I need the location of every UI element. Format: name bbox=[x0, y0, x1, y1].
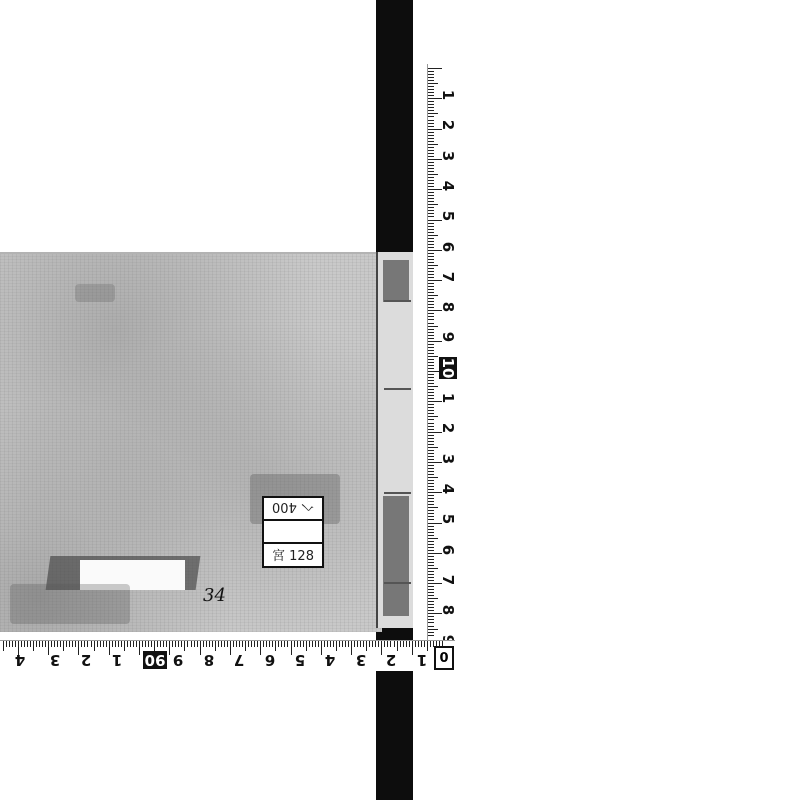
ruler-tick bbox=[428, 438, 434, 439]
ruler-number: 2 bbox=[384, 651, 398, 669]
ruler-tick bbox=[428, 207, 434, 208]
ruler-tick bbox=[260, 641, 261, 655]
ruler-tick bbox=[378, 641, 379, 647]
ruler-tick bbox=[428, 256, 434, 257]
ruler-tick bbox=[291, 641, 292, 655]
ruler-tick bbox=[428, 226, 434, 227]
ruler-tick bbox=[281, 641, 282, 647]
ruler-tick bbox=[381, 641, 382, 655]
ruler-tick bbox=[428, 501, 434, 502]
ruler-tick bbox=[428, 198, 434, 199]
ruler-tick bbox=[428, 465, 434, 466]
ruler-tick bbox=[428, 459, 434, 460]
ruler-tick bbox=[315, 641, 316, 647]
ruler-number: 6 bbox=[263, 651, 277, 669]
ruler-tick bbox=[428, 347, 434, 348]
ruler-tick bbox=[428, 168, 434, 169]
ruler-tick bbox=[24, 641, 25, 647]
vertical-ruler: 12345678910123456789 bbox=[427, 64, 458, 640]
ruler-tick bbox=[428, 474, 434, 475]
ruler-tick bbox=[428, 622, 434, 623]
ruler-tick bbox=[428, 532, 434, 533]
ruler-tick bbox=[66, 641, 67, 647]
ruler-tick bbox=[428, 632, 434, 633]
ruler-tick bbox=[428, 192, 434, 193]
ruler-tick bbox=[375, 641, 376, 647]
ruler-tick bbox=[57, 641, 58, 647]
ruler-tick bbox=[428, 329, 434, 330]
ruler-tick bbox=[348, 641, 349, 647]
ruler-tick bbox=[428, 195, 434, 196]
ruler-tick bbox=[428, 480, 434, 481]
ruler-tick bbox=[428, 629, 438, 630]
ruler-tick bbox=[272, 641, 273, 647]
ruler-tick bbox=[224, 641, 225, 647]
ruler-tick bbox=[428, 468, 434, 469]
ruler-tick bbox=[428, 477, 438, 478]
ruler-tick bbox=[330, 641, 331, 647]
ruler-tick bbox=[428, 350, 434, 351]
ruler-tick bbox=[428, 359, 434, 360]
ruler-tick bbox=[428, 344, 434, 345]
ruler-number: 9 bbox=[439, 329, 457, 345]
ruler-tick bbox=[428, 162, 434, 163]
ruler-tick bbox=[409, 641, 410, 647]
ruler-tick bbox=[428, 307, 434, 308]
ruler-tick bbox=[139, 641, 140, 655]
ruler-tick bbox=[428, 323, 434, 324]
ruler-number: 3 bbox=[439, 148, 457, 164]
ruler-tick bbox=[191, 641, 192, 647]
ruler-tick bbox=[428, 171, 434, 172]
ruler-tick bbox=[428, 253, 434, 254]
ruler-tick bbox=[106, 641, 107, 647]
ruler-tick bbox=[184, 641, 185, 651]
ruler-number: 4 bbox=[13, 651, 27, 669]
ruler-tick bbox=[428, 304, 434, 305]
ruler-tick bbox=[428, 316, 434, 317]
ruler-tick bbox=[275, 641, 276, 651]
ruler-tick bbox=[428, 571, 434, 572]
ruler-tick bbox=[428, 116, 434, 117]
ruler-tick bbox=[428, 495, 434, 496]
ruler-tick bbox=[212, 641, 213, 647]
ruler-tick bbox=[345, 641, 346, 647]
ruler-tick bbox=[94, 641, 95, 651]
ruler-tick bbox=[428, 589, 434, 590]
ruler-tick bbox=[300, 641, 301, 647]
ruler-tick bbox=[428, 153, 434, 154]
ruler-tick bbox=[309, 641, 310, 647]
ruler-tick bbox=[81, 641, 82, 647]
ruler-tick bbox=[136, 641, 137, 647]
ruler-tick bbox=[428, 574, 434, 575]
ruler-tick bbox=[15, 641, 16, 647]
ruler-number: 1 bbox=[439, 87, 457, 103]
ruler-tick bbox=[428, 238, 434, 239]
ruler-tick bbox=[91, 641, 92, 647]
ruler-tick bbox=[428, 123, 434, 124]
ruler-tick bbox=[287, 641, 288, 647]
ruler-tick bbox=[428, 577, 434, 578]
ruler-number: 1 bbox=[110, 651, 124, 669]
ruler-tick bbox=[428, 598, 438, 599]
ruler-number: 3 bbox=[439, 451, 457, 467]
ruler-tick bbox=[154, 641, 155, 651]
label-row-middle bbox=[264, 521, 322, 544]
ruler-tick bbox=[428, 489, 434, 490]
ruler-tick bbox=[428, 232, 434, 233]
book-cover bbox=[0, 252, 382, 632]
ruler-number: 8 bbox=[439, 299, 457, 315]
ruler-tick bbox=[428, 410, 434, 411]
ruler-tick bbox=[428, 186, 434, 187]
ruler-tick bbox=[428, 556, 434, 557]
ruler-tick bbox=[428, 604, 434, 605]
ruler-tick bbox=[428, 510, 434, 511]
ruler-tick bbox=[428, 626, 434, 627]
ruler-tick bbox=[428, 550, 434, 551]
ruler-tick bbox=[428, 547, 434, 548]
ruler-tick bbox=[428, 313, 434, 314]
ruler-number: 7 bbox=[232, 651, 246, 669]
ruler-tick bbox=[428, 392, 434, 393]
ruler-tick bbox=[42, 641, 43, 647]
ruler-tick bbox=[97, 641, 98, 647]
ruler-tick bbox=[428, 110, 434, 111]
ruler-tick bbox=[428, 141, 434, 142]
ruler-tick bbox=[324, 641, 325, 647]
ruler-tick bbox=[428, 244, 434, 245]
ruler-number: 4 bbox=[439, 481, 457, 497]
ruler-tick bbox=[181, 641, 182, 647]
ruler-tick bbox=[269, 641, 270, 647]
ruler-number: 4 bbox=[439, 178, 457, 194]
ruler-tick bbox=[321, 641, 322, 655]
ruler-number: 4 bbox=[323, 651, 337, 669]
ruler-tick bbox=[428, 241, 434, 242]
ruler-tick bbox=[428, 332, 434, 333]
ruler-tick bbox=[121, 641, 122, 647]
ruler-tick bbox=[115, 641, 116, 647]
ruler-tick bbox=[390, 641, 391, 647]
ruler-tick bbox=[415, 641, 416, 647]
ruler-tick bbox=[6, 641, 7, 647]
ruler-tick bbox=[428, 362, 434, 363]
ruler-tick bbox=[428, 277, 434, 278]
ruler-tick bbox=[428, 247, 434, 248]
ruler-tick bbox=[372, 641, 373, 647]
ruler-tick bbox=[428, 368, 434, 369]
ruler-tick bbox=[148, 641, 149, 647]
ruler-tick bbox=[428, 292, 434, 293]
ruler-tick bbox=[60, 641, 61, 647]
ruler-tick bbox=[428, 619, 434, 620]
ruler-tick bbox=[312, 641, 313, 647]
ruler-tick bbox=[133, 641, 134, 647]
ruler-tick bbox=[172, 641, 173, 647]
ruler-tick bbox=[428, 210, 434, 211]
ruler-tick bbox=[69, 641, 70, 647]
ruler-tick bbox=[428, 610, 434, 611]
ruler-tick bbox=[428, 268, 434, 269]
ruler-tick bbox=[428, 183, 434, 184]
label-row-top: ヘ 400 bbox=[264, 498, 322, 521]
ruler-tick bbox=[428, 413, 434, 414]
ruler-tick bbox=[428, 213, 434, 214]
ruler-tick bbox=[51, 641, 52, 647]
ruler-tick bbox=[428, 126, 434, 127]
ruler-tick bbox=[118, 641, 119, 647]
ruler-tick bbox=[406, 641, 407, 647]
ruler-zero-mark: 0 bbox=[434, 646, 454, 670]
ruler-tick bbox=[428, 365, 434, 366]
ruler-tick bbox=[21, 641, 22, 647]
ruler-tick bbox=[428, 519, 434, 520]
ruler-tick bbox=[3, 641, 4, 651]
ruler-tick bbox=[428, 441, 434, 442]
ruler-tick bbox=[428, 483, 434, 484]
ruler-tick bbox=[54, 641, 55, 647]
ruler-tick bbox=[87, 641, 88, 647]
ruler-tick bbox=[403, 641, 404, 647]
ruler-tick bbox=[427, 641, 428, 651]
ruler-tick bbox=[221, 641, 222, 647]
ruler-tick bbox=[428, 104, 434, 105]
ruler-tick bbox=[428, 529, 434, 530]
ruler-tick bbox=[227, 641, 228, 647]
ruler-tick bbox=[428, 447, 438, 448]
ruler-tick bbox=[397, 641, 398, 651]
ruler-tick bbox=[428, 132, 434, 133]
ruler-tick bbox=[428, 504, 434, 505]
ruler-tick bbox=[428, 407, 434, 408]
ruler-tick bbox=[428, 144, 438, 145]
ruler-tick bbox=[339, 641, 340, 647]
ruler-tick bbox=[178, 641, 179, 647]
ruler-tick bbox=[39, 641, 40, 647]
ruler-tick bbox=[384, 641, 385, 647]
ruler-tick bbox=[124, 641, 125, 651]
ruler-number: 5 bbox=[439, 208, 457, 224]
ruler-tick bbox=[63, 641, 64, 651]
ruler-number: 8 bbox=[202, 651, 216, 669]
ruler-tick bbox=[428, 516, 434, 517]
ruler-tick bbox=[428, 389, 434, 390]
ruler-tick bbox=[428, 426, 434, 427]
ruler-tick bbox=[72, 641, 73, 647]
ruler-tick bbox=[428, 95, 434, 96]
ruler-tick bbox=[428, 386, 438, 387]
ruler-tick bbox=[428, 586, 434, 587]
book-spine bbox=[376, 252, 413, 628]
ruler-tick bbox=[278, 641, 279, 647]
ruler-tick bbox=[428, 92, 434, 93]
ruler-tick bbox=[327, 641, 328, 647]
ruler-tick bbox=[428, 562, 434, 563]
ruler-tick bbox=[428, 380, 434, 381]
ruler-tick bbox=[428, 592, 434, 593]
ruler-tick bbox=[400, 641, 401, 647]
ruler-tick bbox=[428, 568, 438, 569]
ruler-tick bbox=[394, 641, 395, 647]
ruler-tick bbox=[428, 229, 434, 230]
ruler-tick bbox=[428, 383, 434, 384]
ruler-tick bbox=[428, 526, 434, 527]
ruler-tick bbox=[215, 641, 216, 651]
ruler-number: 2 bbox=[439, 117, 457, 133]
ruler-tick bbox=[103, 641, 104, 647]
ruler-tick bbox=[251, 641, 252, 647]
ruler-tick bbox=[12, 641, 13, 647]
ruler-tick bbox=[428, 513, 434, 514]
label-top-text: ヘ 400 bbox=[272, 499, 314, 518]
ruler-tick bbox=[428, 456, 434, 457]
handwritten-number: 34 bbox=[203, 585, 226, 606]
ruler-tick bbox=[366, 641, 367, 651]
ruler-tick bbox=[428, 471, 434, 472]
ruler-tick bbox=[428, 271, 434, 272]
ruler-tick bbox=[428, 507, 438, 508]
ruler-tick bbox=[428, 377, 434, 378]
ruler-tick bbox=[160, 641, 161, 647]
ruler-tick bbox=[203, 641, 204, 647]
ruler-tick bbox=[428, 486, 434, 487]
ruler-tick bbox=[421, 641, 422, 647]
ruler-number: 8 bbox=[439, 602, 457, 618]
ruler-number: 7 bbox=[439, 269, 457, 285]
ruler-number: 2 bbox=[439, 420, 457, 436]
ruler-tick bbox=[112, 641, 113, 647]
ruler-tick bbox=[428, 541, 434, 542]
ruler-tick bbox=[428, 338, 434, 339]
ruler-tick bbox=[360, 641, 361, 647]
ruler-number: 3 bbox=[48, 651, 62, 669]
label-row-bottom: 宮 128 bbox=[264, 544, 322, 565]
ruler-tick bbox=[166, 641, 167, 647]
ruler-tick bbox=[428, 177, 434, 178]
ruler-tick bbox=[428, 77, 434, 78]
ruler-tick bbox=[428, 353, 434, 354]
ruler-tick bbox=[428, 289, 434, 290]
ruler-tick bbox=[428, 404, 434, 405]
ruler-tick bbox=[428, 429, 434, 430]
ruler-tick bbox=[245, 641, 246, 651]
ruler-tick bbox=[284, 641, 285, 647]
ruler-tick bbox=[200, 641, 201, 655]
ruler-tick bbox=[428, 235, 438, 236]
ruler-tick bbox=[428, 147, 434, 148]
ruler-tick bbox=[428, 135, 434, 136]
ruler-tick bbox=[248, 641, 249, 647]
ruler-tick bbox=[428, 216, 434, 217]
ruler-tick bbox=[428, 607, 434, 608]
ruler-tick bbox=[342, 641, 343, 647]
ruler-tick bbox=[428, 435, 434, 436]
ruler-tick bbox=[206, 641, 207, 647]
ruler-tick bbox=[363, 641, 364, 647]
ruler-tick bbox=[318, 641, 319, 647]
ruler-tick bbox=[428, 86, 434, 87]
ruler-tick bbox=[428, 398, 434, 399]
ruler-tick bbox=[428, 423, 434, 424]
ruler-tick bbox=[428, 444, 434, 445]
ruler-number: 90 bbox=[143, 651, 167, 669]
ruler-number: 7 bbox=[439, 572, 457, 588]
ruler-tick bbox=[127, 641, 128, 647]
ruler-tick bbox=[27, 641, 28, 647]
ruler-tick bbox=[36, 641, 37, 647]
ruler-tick bbox=[428, 301, 434, 302]
ruler-number: 5 bbox=[293, 651, 307, 669]
ruler-tick bbox=[387, 641, 388, 647]
ruler-tick bbox=[357, 641, 358, 647]
ruler-number: 6 bbox=[439, 542, 457, 558]
ruler-tick bbox=[294, 641, 295, 647]
ruler-tick bbox=[428, 286, 434, 287]
ruler-tick bbox=[428, 101, 434, 102]
ruler-tick bbox=[218, 641, 219, 647]
ruler-tick bbox=[428, 71, 434, 72]
ruler-tick bbox=[163, 641, 164, 647]
ruler-tick bbox=[242, 641, 243, 647]
ruler-tick bbox=[263, 641, 264, 647]
ruler-tick bbox=[428, 580, 434, 581]
ruler-tick bbox=[75, 641, 76, 647]
ruler-tick bbox=[303, 641, 304, 647]
ruler-tick bbox=[428, 374, 434, 375]
ruler-tick bbox=[187, 641, 188, 647]
ruler-tick bbox=[428, 259, 434, 260]
ruler-tick bbox=[428, 356, 438, 357]
ruler-tick bbox=[428, 223, 434, 224]
ruler-tick bbox=[428, 156, 434, 157]
ruler-tick bbox=[428, 419, 434, 420]
ruler-tick bbox=[428, 635, 434, 636]
ruler-tick bbox=[428, 83, 438, 84]
ruler-tick bbox=[33, 641, 34, 651]
ruler-tick bbox=[428, 335, 434, 336]
ruler-tick bbox=[351, 641, 352, 655]
scanned-document: ヘ 400 宮 128 34 12345678910123456789 4321… bbox=[0, 0, 800, 800]
ruler-tick bbox=[430, 641, 431, 647]
ruler-tick bbox=[428, 453, 434, 454]
ruler-tick bbox=[428, 298, 434, 299]
ruler-tick bbox=[428, 319, 434, 320]
ruler-tick bbox=[428, 138, 434, 139]
ruler-tick bbox=[9, 641, 10, 647]
ruler-tick bbox=[254, 641, 255, 647]
ruler-tick bbox=[428, 107, 434, 108]
ruler-tick bbox=[428, 80, 434, 81]
ruler-tick bbox=[297, 641, 298, 647]
ruler-tick bbox=[236, 641, 237, 647]
label-bottom-text: 宮 128 bbox=[272, 545, 314, 564]
ruler-tick bbox=[428, 120, 434, 121]
ruler-tick bbox=[428, 74, 434, 75]
ruler-tick bbox=[428, 201, 434, 202]
horizontal-ruler: 432190987654321 bbox=[0, 640, 455, 671]
ruler-tick bbox=[428, 395, 434, 396]
ruler-tick bbox=[306, 641, 307, 651]
ruler-tick bbox=[428, 416, 438, 417]
ruler-tick bbox=[428, 274, 434, 275]
ruler-tick bbox=[428, 174, 438, 175]
ruler-number: 1 bbox=[439, 390, 457, 406]
ruler-tick bbox=[354, 641, 355, 647]
ruler-tick bbox=[428, 89, 434, 90]
ruler-tick bbox=[428, 265, 438, 266]
